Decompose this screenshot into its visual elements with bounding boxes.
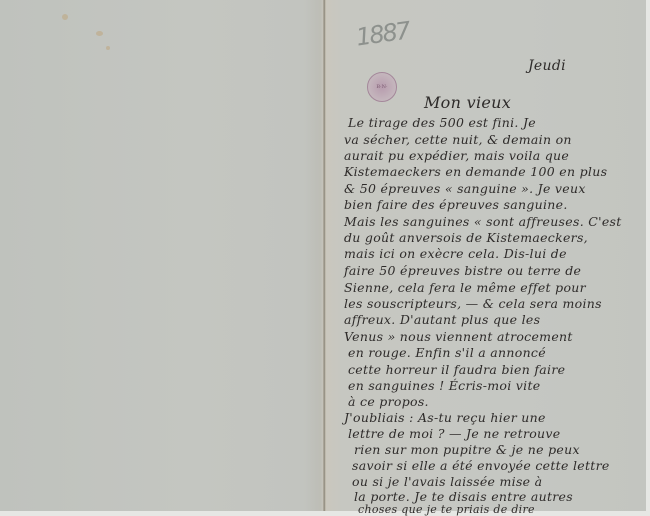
salutation: Mon vieux [424,93,511,112]
library-stamp: B·N· [367,72,397,102]
text-line: aurait pu expédier, mais voila que [344,148,640,163]
stamp-text: B·N· [376,85,387,90]
text-line: lettre de moi ? — Je ne retrouve [348,426,644,441]
text-line: va sécher, cette nuit, & demain on [344,132,640,147]
letter-scan: 1887 B·N· Jeudi Mon vieux Le tirage des … [0,0,646,511]
left-page [0,0,324,511]
text-line: du goût anversois de Kistemaeckers, [344,230,640,245]
text-line: rien sur mon pupitre & je ne peux [354,442,650,457]
right-page: 1887 B·N· Jeudi Mon vieux Le tirage des … [326,0,646,511]
foxing-stain [62,14,68,20]
text-line: Sienne, cela fera le même effet pour [344,280,640,295]
text-line: choses que je te priais de dire [358,503,650,516]
text-line: Mais les sanguines « sont affreuses. C'e… [344,214,640,229]
text-line: les souscripteurs, — & cela sera moins [344,296,640,311]
text-line: savoir si elle a été envoyée cette lettr… [352,458,648,473]
text-line: Venus » nous viennent atrocement [344,329,640,344]
text-line: cette horreur il faudra bien faire [348,362,644,377]
foxing-stain [96,31,103,36]
text-line: bien faire des épreuves sanguine. [344,197,640,212]
text-line: la porte. Je te disais entre autres [354,489,650,504]
text-line: en rouge. Enfin s'il a annoncé [348,345,644,360]
text-line: Le tirage des 500 est fini. Je [348,115,644,130]
text-line: & 50 épreuves « sanguine ». Je veux [344,181,640,196]
text-line: J'oubliais : As-tu reçu hier une [344,410,640,425]
text-line: affreux. D'autant plus que les [344,312,640,327]
text-line: faire 50 épreuves bistre ou terre de [344,263,640,278]
letter-date: Jeudi [528,58,566,74]
pencil-annotation: 1887 [354,16,410,51]
text-line: à ce propos. [348,394,644,409]
text-line: en sanguines ! Écris-moi vite [348,378,644,393]
text-line: Kistemaeckers en demande 100 en plus [344,164,640,179]
text-line: mais ici on exècre cela. Dis-lui de [344,246,640,261]
text-line: ou si je l'avais laissée mise à [352,474,648,489]
foxing-stain [106,46,110,50]
